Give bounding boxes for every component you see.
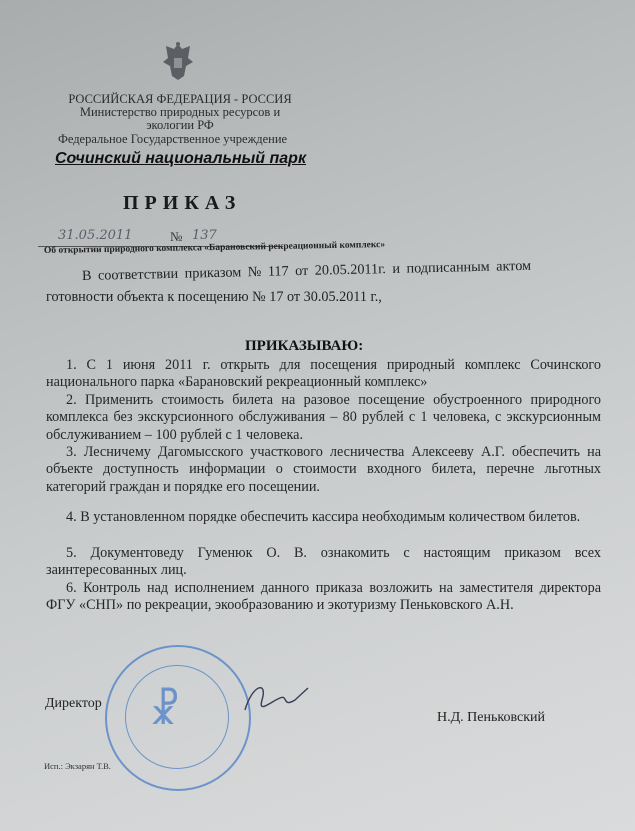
order-item-4: 4. В установленном порядке обеспечить ка… <box>46 509 601 526</box>
executor-note: Исп.: Экзарян Т.В. <box>44 761 111 771</box>
park-name: Сочинский национальный парк <box>55 150 306 168</box>
order-date: 31.05.2011 <box>58 228 132 243</box>
signature-name: Н.Д. Пеньковский <box>437 710 545 726</box>
document-title: ПРИКАЗ <box>123 192 241 215</box>
signature-scribble <box>240 680 320 725</box>
order-word: ПРИКАЗЫВАЮ: <box>245 338 363 355</box>
number-label: № <box>170 229 182 245</box>
order-number: 137 <box>192 228 217 243</box>
order-item-6: 6. Контроль над исполнением данного прик… <box>46 580 601 615</box>
order-item-1: 1. С 1 июня 2011 г. открыть для посещени… <box>46 357 601 392</box>
signature-position: Директор <box>45 696 102 712</box>
preamble-line-2: готовности объекта к посещению № 17 от 3… <box>46 289 382 307</box>
order-item-2: 2. Применить стоимость билета на разовое… <box>46 392 601 444</box>
order-item-3: 3. Лесничему Дагомысского участкового ле… <box>46 444 601 496</box>
order-item-5: 5. Документоведу Гуменюк О. В. ознакомит… <box>46 545 601 580</box>
emblem-icon <box>160 40 196 82</box>
official-stamp: ☧ <box>105 645 251 791</box>
header-line-4: Федеральное Государственное учреждение <box>35 132 310 146</box>
header-line-3: экологии РФ <box>60 118 300 132</box>
stamp-eagle-icon: ☧ <box>149 687 180 734</box>
header-line-1: РОССИЙСКАЯ ФЕДЕРАЦИЯ - РОССИЯ <box>60 92 300 106</box>
preamble-line-1: В соответствии приказом № 117 от 20.05.2… <box>82 258 531 286</box>
header-line-2: Министерство природных ресурсов и <box>60 105 300 119</box>
